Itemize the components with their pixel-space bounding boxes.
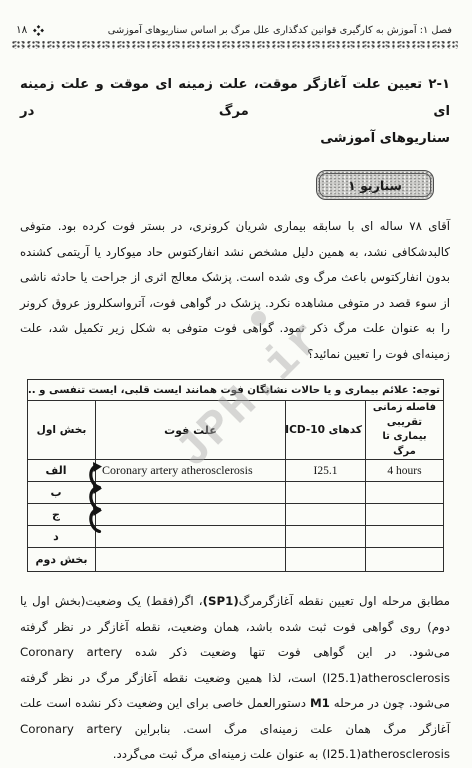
icd-code-cell: I25.1: [286, 460, 366, 482]
interval-cell: [366, 482, 444, 504]
cause-cell: [96, 482, 286, 504]
icd-code-cell: [286, 482, 366, 504]
table-note-row: توجه: علائم بیماری و یا حالات نشانگان فو…: [27, 380, 443, 401]
page-header: فصل ۱: آموزش به کارگیری قوانین کدگذاری ع…: [16, 24, 452, 36]
table-header-row: فاصله زمانی تقریبی بیماری تا مرگ کدهای I…: [27, 401, 443, 460]
interval-cell: [366, 504, 444, 526]
scenario-label: سناریو ۱: [348, 178, 402, 193]
scenario-badge: سناریو ۱: [316, 170, 434, 200]
interval-cell: [366, 526, 444, 548]
document-page: فصل ۱: آموزش به کارگیری قوانین کدگذاری ع…: [0, 0, 472, 768]
line-label-cell: بخش دوم: [27, 548, 95, 572]
section-heading-line1: ۲-۱ تعیین علت آغازگر موقت، علت زمینه ای …: [20, 71, 450, 125]
four-diamond-ornament-icon: [33, 25, 44, 36]
chapter-running-title: فصل ۱: آموزش به کارگیری قوانین کدگذاری ع…: [108, 25, 452, 36]
cause-cell: [96, 504, 286, 526]
section-heading: ۲-۱ تعیین علت آغازگر موقت، علت زمینه ای …: [20, 71, 450, 152]
cause-cell: Coronary artery atherosclerosis: [96, 460, 286, 482]
table-row-part-two: بخش دوم: [27, 548, 443, 572]
table-note: توجه: علائم بیماری و یا حالات نشانگان فو…: [27, 380, 443, 401]
column-header-interval: فاصله زمانی تقریبی بیماری تا مرگ: [366, 401, 444, 460]
page-number: ۱۸: [16, 24, 27, 36]
column-header-cause-of-death: علت فوت: [96, 401, 286, 460]
column-header-part-one: بخش اول: [27, 401, 95, 460]
interval-cell: [366, 548, 444, 572]
case-description-paragraph: آقای ۷۸ ساله ای با سابقه بیماری شریان کر…: [20, 214, 450, 367]
scenario-badge-inner: سناریو ۱: [319, 173, 431, 197]
page-header-meta: ۱۸: [16, 24, 44, 36]
cause-cell: [96, 548, 286, 572]
column-header-icd-codes: کدهای ICD-10: [286, 401, 366, 460]
icd-code-cell: [286, 548, 366, 572]
due-to-arrow-icon: [84, 505, 104, 533]
icd-code-cell: [286, 504, 366, 526]
separator-dots: [12, 41, 458, 49]
icd-code-cell: [286, 526, 366, 548]
analysis-paragraph: مطابق مرحله اول تعیین نقطه آغازگرمرگ(SP1…: [20, 589, 450, 768]
interval-cell: 4 hours: [366, 460, 444, 482]
death-certificate-table: توجه: علائم بیماری و یا حالات نشانگان فو…: [28, 379, 444, 572]
cause-cell: [96, 526, 286, 548]
section-heading-line2: سناریوهای آموزشی: [20, 125, 450, 152]
